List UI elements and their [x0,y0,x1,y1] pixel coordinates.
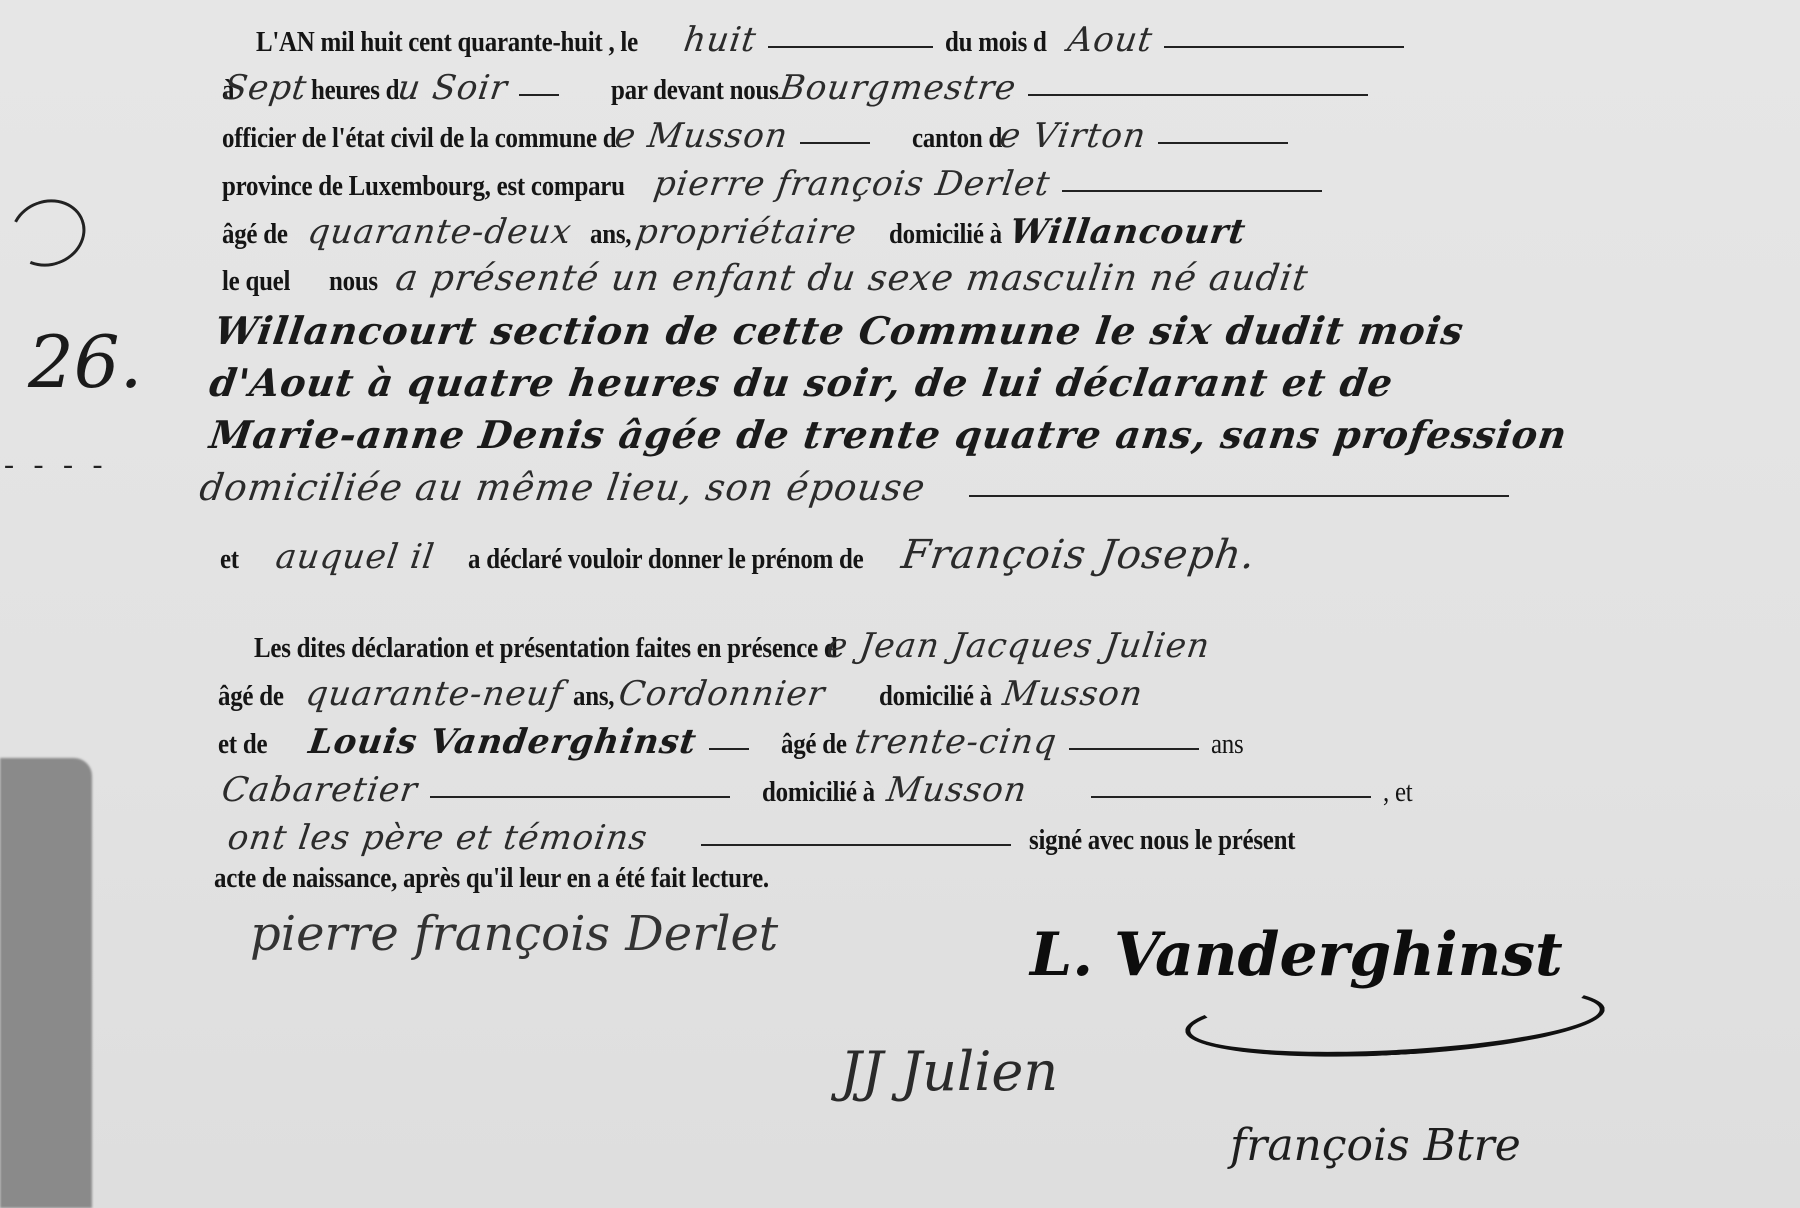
handwritten-text: d'Aout à quatre heures du soir, de lui d… [207,360,1396,405]
printed-text: officier de l'état civil de la commune d [222,122,616,155]
blank-rule [430,796,730,798]
handwritten-text: Willancourt section de cette Commune le … [212,308,1467,353]
line-1: L'AN mil huit cent quarante-huit , le hu… [256,20,1412,60]
signature-father: pierre françois Derlet [250,906,778,962]
blank-rule [1062,190,1322,192]
handwritten-child-first-name: François Joseph. [899,532,1259,578]
margin-dashes: - - - - [4,448,108,482]
signature-witness-2: L. Vanderghinst [1030,920,1563,990]
handwritten-witness-1-name: e Jean Jacques Julien [824,626,1213,666]
handwritten-declarant-name: pierre françois Derlet [651,164,1053,204]
handwritten-profession: propriétaire [633,212,859,252]
witness-line-3: et de Louis Vanderghinst âgé de trente-c… [218,722,1249,762]
blank-rule [701,844,1011,846]
blank-rule [768,46,933,48]
blank-rule [1091,796,1371,798]
line-3: officier de l'état civil de la commune d… [222,116,1296,156]
printed-text: nous [329,265,378,298]
printed-text: L'AN mil huit cent quarante-huit , le [256,26,638,59]
line-9: Marie-anne Denis âgée de trente quatre a… [210,412,1567,457]
printed-text: du mois d [945,26,1047,59]
handwritten-witness-2-age: trente-cinq [852,722,1059,762]
entry-number: 26. [28,320,143,404]
signature-witness-1: JJ Julien [840,1040,1058,1103]
witness-line-1: Les dites déclaration et présentation fa… [254,626,1209,666]
printed-text: signé avec nous le présent [1029,824,1295,857]
printed-text: le quel [222,265,290,298]
printed-text: domicilié à [889,218,1002,251]
line-6: le quel nous a présenté un enfant du sex… [222,258,1308,299]
line-2: à Sept heures d u Soir par devant nous B… [222,68,1376,108]
printed-text: par devant nous [611,74,779,107]
handwritten-hour: Sept [221,68,309,108]
blank-rule [1028,94,1368,96]
blank-rule [800,142,870,144]
printed-text: âgé de [222,218,288,251]
handwritten-canton: e Virton [997,116,1149,156]
witness-line-5: ont les père et témoins signé avec nous … [228,818,1339,858]
scan-shadow-block [0,758,92,1208]
handwritten-text: domiciliée au même lieu, son épouse [197,466,928,509]
handwritten-witness-1-profession: Cordonnier [617,674,829,714]
blank-rule [969,495,1509,497]
handwritten-witness-2-profession: Cabaretier [219,770,420,810]
printed-text: heures d [311,74,399,107]
printed-text: domicilié à [762,776,875,809]
printed-text: ans [1211,728,1243,761]
line-10: domiciliée au même lieu, son épouse [200,466,1517,509]
handwritten-mother-details: Marie-anne Denis âgée de trente quatre a… [207,412,1570,457]
printed-text: acte de naissance, après qu'il leur en a… [214,862,769,895]
printed-text: a déclaré vouloir donner le prénom de [468,543,863,576]
margin-flourish [1,189,95,277]
blank-rule [709,748,749,750]
handwritten-witness-2-name: Louis Vanderghinst [306,722,699,762]
blank-rule [1069,748,1199,750]
printed-text: et de [218,728,267,761]
witness-line-2: âgé de quarante-neuf ans, Cordonnier dom… [218,674,1143,714]
handwritten-witness-1-age: quarante-neuf [304,674,567,714]
printed-text: âgé de [781,728,847,761]
handwritten-time-of-day: u Soir [395,68,510,108]
witness-line-4: Cabaretier domicilié à Musson , et [222,770,1417,810]
blank-rule [1164,46,1404,48]
handwritten-declarant-age: quarante-deux [306,212,575,252]
handwritten-text: a présenté un enfant du sexe masculin né… [393,258,1311,299]
handwritten-commune: e Musson [612,116,791,156]
printed-text: ans, [573,680,614,713]
handwritten-text: ont les père et témoins [225,818,650,858]
line-7: Willancourt section de cette Commune le … [215,308,1464,353]
printed-text: âgé de [218,680,284,713]
handwritten-witness-1-residence: Musson [1000,674,1146,714]
line-4: province de Luxembourg, est comparu pier… [222,164,1330,204]
printed-text: Les dites déclaration et présentation fa… [254,632,838,665]
printed-text: domicilié à [879,680,992,713]
scanned-document-page: 26. - - - - L'AN mil huit cent quarante-… [0,0,1800,1208]
handwritten-month: Aout [1065,20,1155,60]
handwritten-text: auquel il [273,537,437,577]
blank-rule [1158,142,1288,144]
handwritten-day: huit [681,20,759,60]
line-5: âgé de quarante-deux ans, propriétaire d… [222,212,1246,252]
printed-text: et [220,543,239,576]
printed-text: ans, [590,218,631,251]
handwritten-residence: Willancourt [1007,212,1248,252]
line-8: d'Aout à quatre heures du soir, de lui d… [210,360,1393,405]
printed-text: , et [1383,776,1412,809]
blank-rule [519,94,559,96]
printed-text: canton d [912,122,1002,155]
witness-line-6: acte de naissance, après qu'il leur en a… [214,862,859,895]
signature-mayor: françois Btre [1230,1120,1521,1171]
line-11: et auquel il a déclaré vouloir donner le… [220,532,1256,578]
handwritten-witness-2-residence: Musson [884,770,1030,810]
printed-text: province de Luxembourg, est comparu [222,170,625,203]
handwritten-officer-title: Bourgmestre [777,68,1019,108]
